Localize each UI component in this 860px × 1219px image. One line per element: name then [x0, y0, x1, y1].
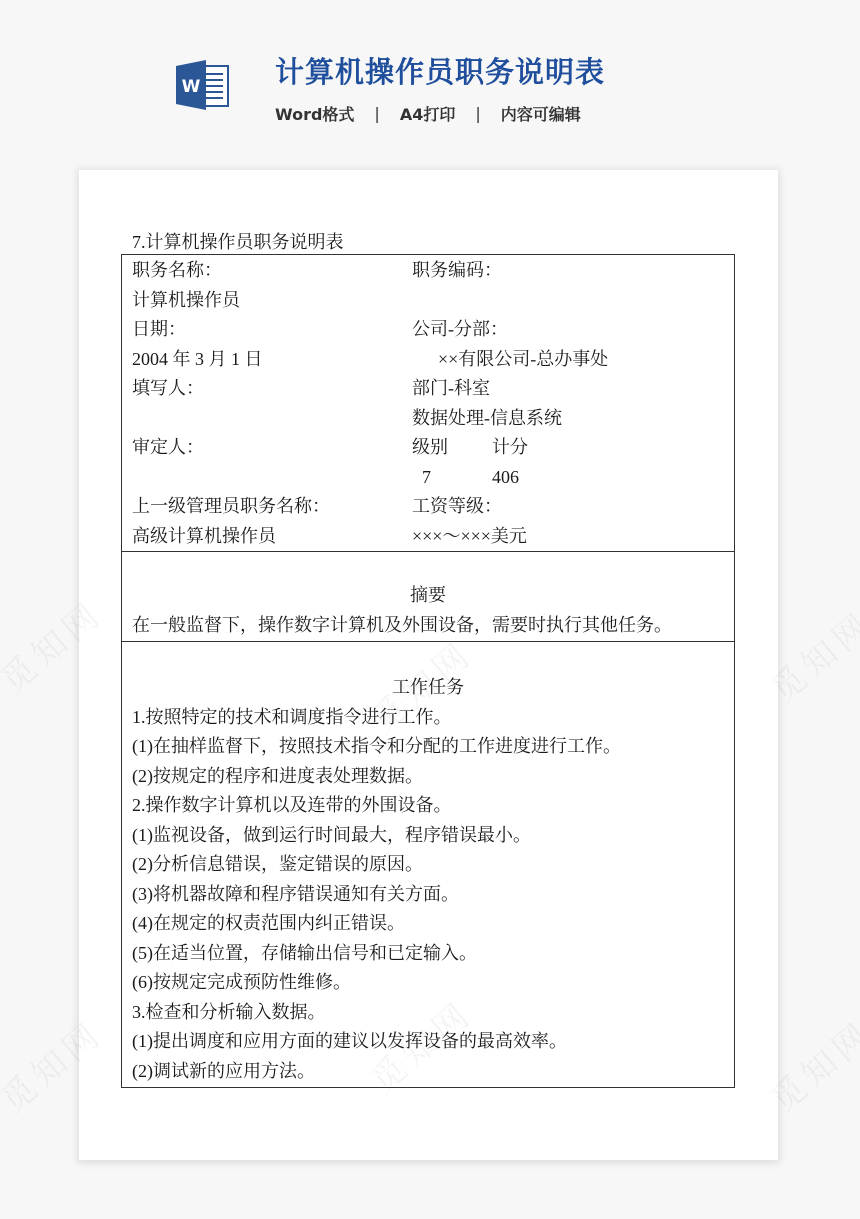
department-label: 部门-科室: [412, 373, 490, 403]
task-item: (2)调试新的应用方法。: [132, 1056, 315, 1086]
filler-label: 填写人：: [132, 373, 204, 403]
salary-grade-value: ×××～×××美元: [412, 521, 527, 551]
task-item: (2)按规定的程序和进度表处理数据。: [132, 761, 423, 791]
date-value: 2004 年 3 月 1 日: [132, 344, 263, 374]
document-heading: 7.计算机操作员职务说明表: [132, 228, 344, 254]
svg-text:W: W: [182, 77, 201, 97]
task-item: 2.操作数字计算机以及连带的外围设备。: [132, 790, 452, 820]
supervisor-title-label: 上一级管理员职务名称：: [132, 491, 330, 521]
feature-tags: Word格式 | A4打印 | 内容可编辑: [275, 102, 581, 125]
company-division-value: ××有限公司-总办事处: [438, 344, 608, 374]
task-item: 3.检查和分析输入数据。: [132, 997, 326, 1027]
task-item: (1)在抽样监督下，按照技术指令和分配的工作进度进行工作。: [132, 731, 621, 761]
summary-text: 在一般监督下，操作数字计算机及外围设备，需要时执行其他任务。: [132, 610, 672, 640]
date-label: 日期：: [132, 314, 186, 344]
summary-title: 摘要: [122, 580, 734, 610]
word-icon: W: [176, 60, 230, 110]
job-title-value: 计算机操作员: [132, 285, 240, 315]
task-item: (2)分析信息错误，鉴定错误的原因。: [132, 849, 423, 879]
tag-print: A4打印: [400, 102, 456, 125]
supervisor-title-value: 高级计算机操作员: [132, 521, 276, 551]
info-section: 职务名称： 计算机操作员 日期： 2004 年 3 月 1 日 填写人： 审定人…: [122, 255, 734, 552]
task-item: (1)监视设备，做到运行时间最大，程序错误最小。: [132, 820, 531, 850]
task-item: (1)提出调度和应用方面的建议以发挥设备的最高效率。: [132, 1026, 567, 1056]
page-title: 计算机操作员职务说明表: [275, 50, 605, 91]
document-page: 7.计算机操作员职务说明表 职务名称： 计算机操作员 日期： 2004 年 3 …: [79, 170, 778, 1160]
score-label: 计分: [492, 432, 528, 462]
tag-editable: 内容可编辑: [501, 102, 581, 125]
tasks-title: 工作任务: [122, 672, 734, 702]
task-item: (4)在规定的权责范围内纠正错误。: [132, 908, 405, 938]
summary-section: 摘要 在一般监督下，操作数字计算机及外围设备，需要时执行其他任务。: [122, 552, 734, 642]
grade-label: 级别: [412, 432, 448, 462]
salary-grade-label: 工资等级：: [412, 491, 502, 521]
score-value: 406: [492, 462, 519, 492]
task-item: (6)按规定完成预防性维修。: [132, 967, 351, 997]
header-banner: W 计算机操作员职务说明表 Word格式 | A4打印 | 内容可编辑: [0, 0, 860, 150]
job-description-table: 职务名称： 计算机操作员 日期： 2004 年 3 月 1 日 填写人： 审定人…: [121, 254, 735, 1088]
department-value: 数据处理-信息系统: [412, 403, 562, 433]
task-item: (5)在适当位置，存储输出信号和已定输入。: [132, 938, 477, 968]
job-code-label: 职务编码：: [412, 255, 502, 285]
company-division-label: 公司-分部：: [412, 314, 508, 344]
tag-format: Word格式: [275, 102, 354, 125]
tag-separator: |: [475, 104, 480, 123]
task-item: (3)将机器故障和程序错误通知有关方面。: [132, 879, 459, 909]
tag-separator: |: [374, 104, 379, 123]
tasks-section: 工作任务 1.按照特定的技术和调度指令进行工作。 (1)在抽样监督下，按照技术指…: [122, 642, 734, 1087]
job-title-label: 职务名称：: [132, 255, 222, 285]
approver-label: 审定人：: [132, 432, 204, 462]
grade-value: 7: [422, 462, 431, 492]
task-item: 1.按照特定的技术和调度指令进行工作。: [132, 702, 452, 732]
